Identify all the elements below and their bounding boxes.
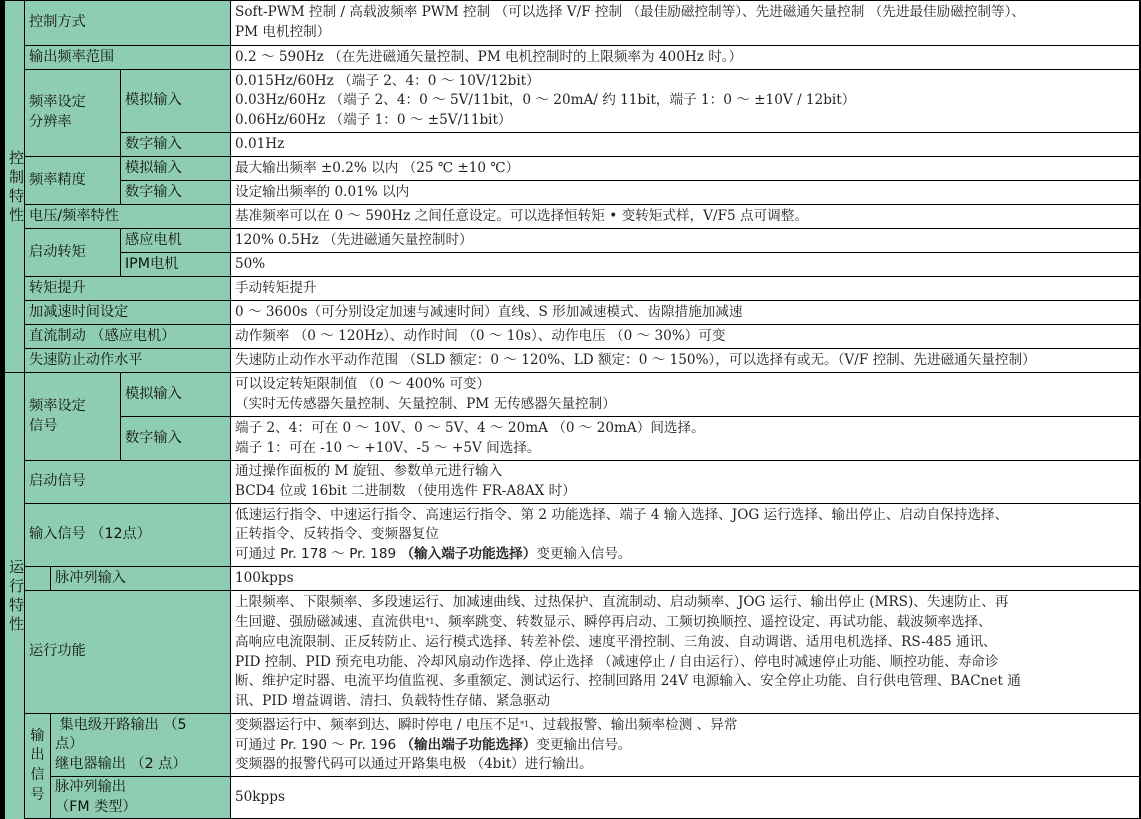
value-starting-torque-ipm: 50% — [231, 253, 1140, 277]
group-label-output: 输出信号 — [30, 727, 45, 805]
label-input-signal: 输入信号 （12点） — [25, 504, 231, 567]
value-freq-accuracy-digital: 设定输出频率的 0.01% 以内 — [231, 181, 1140, 205]
spec-sheet: 控制特性 控制方式 Soft-PWM 控制 / 高载波频率 PWM 控制 （可以… — [0, 0, 1141, 819]
sublabel-digital-input: 数字输入 — [121, 417, 231, 461]
value-freq-resolution-digital: 0.01Hz — [231, 133, 1140, 157]
sublabel-digital-input: 数字输入 — [121, 181, 231, 205]
table-row-control-method: 控制特性 控制方式 Soft-PWM 控制 / 高载波频率 PWM 控制 （可以… — [5, 1, 1140, 46]
label-pulse-train-input: 脉冲列输入 — [51, 567, 231, 591]
value-pulse-train-input: 100kpps — [231, 567, 1140, 591]
label-freq-accuracy: 频率精度 — [25, 157, 121, 205]
spec-table: 控制特性 控制方式 Soft-PWM 控制 / 高载波频率 PWM 控制 （可以… — [4, 0, 1140, 819]
label-vf-characteristic: 电压/频率特性 — [25, 205, 231, 229]
label-accel-decel-time: 加减速时间设定 — [25, 301, 231, 325]
label-dc-braking: 直流制动 （感应电机） — [25, 325, 231, 349]
value-control-method: Soft-PWM 控制 / 高载波频率 PWM 控制 （可以选择 V/F 控制 … — [231, 1, 1140, 46]
label-stall-prevention: 失速防止动作水平 — [25, 349, 231, 373]
table-row-freq-signal-digital: 数字输入 端子 2、4：可在 0 ～ 10V、0 ～ 5V、4 ～ 20mA （… — [5, 417, 1140, 461]
value-starting-torque-induction: 120% 0.5Hz （先进磁通矢量控制时） — [231, 229, 1140, 253]
value-output-freq-range: 0.2 ～ 590Hz （在先进磁通矢量控制、PM 电机控制时的上限频率为 40… — [231, 46, 1140, 70]
group-control-characteristics: 控制特性 — [5, 1, 25, 373]
label-freq-setting-signal: 频率设定 信号 — [25, 373, 121, 461]
table-row-dc-braking: 直流制动 （感应电机） 动作频率 （0 ～ 120Hz）、动作时间 （0 ～ 1… — [5, 325, 1140, 349]
value-dc-braking: 动作频率 （0 ～ 120Hz）、动作时间 （0 ～ 10s）、动作电压 （0 … — [231, 325, 1140, 349]
label-operation-functions: 运行功能 — [25, 591, 231, 714]
label-control-method: 控制方式 — [25, 1, 231, 46]
table-row-starting-torque-ipm: IPM电机 50% — [5, 253, 1140, 277]
table-row-freq-resolution-digital: 数字输入 0.01Hz — [5, 133, 1140, 157]
table-row-starting-torque-induction: 启动转矩 感应电机 120% 0.5Hz （先进磁通矢量控制时） — [5, 229, 1140, 253]
value-freq-signal-digital: 端子 2、4：可在 0 ～ 10V、0 ～ 5V、4 ～ 20mA （0 ～ 2… — [231, 417, 1140, 461]
table-row-accel-decel: 加减速时间设定 0 ～ 3600s（可分别设定加速与减速时间）直线、S 形加减速… — [5, 301, 1140, 325]
table-row-operation-functions: 运行功能 上限频率、下限频率、多段速运行、加减速曲线、过热保护、直流制动、启动频… — [5, 591, 1140, 714]
table-row-input-signal: 输入信号 （12点） 低速运行指令、中速运行指令、高速运行指令、第 2 功能选择… — [5, 504, 1140, 567]
table-row-pulse-train-output: 脉冲列输出 （FM 类型） 50kpps — [5, 777, 1140, 819]
value-vf-characteristic: 基准频率可以在 0 ～ 590Hz 之间任意设定。可以选择恒转矩 • 变转矩式样… — [231, 205, 1140, 229]
table-row-stall-prevention: 失速防止动作水平 失速防止动作水平动作范围 （SLD 额定：0 ～ 120%、L… — [5, 349, 1140, 373]
sublabel-ipm-motor: IPM电机 — [121, 253, 231, 277]
table-row-output-freq-range: 输出频率范围 0.2 ～ 590Hz （在先进磁通矢量控制、PM 电机控制时的上… — [5, 46, 1140, 70]
label-open-collector-output: 集电级开路输出 （5 点） 继电器输出 （2 点） — [51, 714, 231, 777]
value-stall-prevention: 失速防止动作水平动作范围 （SLD 额定：0 ～ 120%、LD 额定：0 ～ … — [231, 349, 1140, 373]
group-output-signal: 输出信号 — [25, 714, 51, 819]
sublabel-analog-input: 模拟输入 — [121, 157, 231, 181]
label-start-signal: 启动信号 — [25, 461, 231, 504]
value-torque-boost: 手动转矩提升 — [231, 277, 1140, 301]
label-output-freq-range: 输出频率范围 — [25, 46, 231, 70]
value-accel-decel-time: 0 ～ 3600s（可分别设定加速与减速时间）直线、S 形加减速模式、齿隙措施加… — [231, 301, 1140, 325]
group-label-operation: 运行特性 — [9, 558, 24, 634]
table-row-open-collector-output: 输出信号 集电级开路输出 （5 点） 继电器输出 （2 点） 变频器运行中、频率… — [5, 714, 1140, 777]
sublabel-analog-input: 模拟输入 — [121, 373, 231, 417]
label-starting-torque: 启动转矩 — [25, 229, 121, 277]
table-row-pulse-train-input: 脉冲列输入 100kpps — [5, 567, 1140, 591]
value-input-signal: 低速运行指令、中速运行指令、高速运行指令、第 2 功能选择、端子 4 输入选择、… — [231, 504, 1140, 567]
value-freq-accuracy-analog: 最大输出频率 ±0.2% 以内 （25 ℃ ±10 ℃） — [231, 157, 1140, 181]
value-operation-functions: 上限频率、下限频率、多段速运行、加减速曲线、过热保护、直流制动、启动频率、JOG… — [231, 591, 1140, 714]
table-row-freq-accuracy-analog: 频率精度 模拟输入 最大输出频率 ±0.2% 以内 （25 ℃ ±10 ℃） — [5, 157, 1140, 181]
value-pulse-train-output: 50kpps — [231, 777, 1140, 819]
value-open-collector-output: 变频器运行中、频率到达、瞬时停电 / 电压不足*1、过载报警、输出频率检测 、异… — [231, 714, 1140, 777]
label-freq-setting-resolution: 频率设定 分辨率 — [25, 70, 121, 157]
value-freq-resolution-analog: 0.015Hz/60Hz （端子 2、4：0 ～ 10V/12bit） 0.03… — [231, 70, 1140, 133]
group-label-control: 控制特性 — [9, 149, 24, 225]
footnote-marker: *1 — [520, 720, 529, 729]
table-row-freq-accuracy-digital: 数字输入 设定输出频率的 0.01% 以内 — [5, 181, 1140, 205]
value-start-signal: 通过操作面板的 M 旋钮、参数单元进行输入 BCD4 位或 16bit 二进制数… — [231, 461, 1140, 504]
table-row-vf-characteristic: 电压/频率特性 基准频率可以在 0 ～ 590Hz 之间任意设定。可以选择恒转矩… — [5, 205, 1140, 229]
table-row-freq-resolution-analog: 频率设定 分辨率 模拟输入 0.015Hz/60Hz （端子 2、4：0 ～ 1… — [5, 70, 1140, 133]
sublabel-analog-input: 模拟输入 — [121, 70, 231, 133]
value-freq-signal-analog: 可以设定转矩限制值 （0 ～ 400% 可变） （实时无传感器矢量控制、矢量控制… — [231, 373, 1140, 417]
table-row-start-signal: 启动信号 通过操作面板的 M 旋钮、参数单元进行输入 BCD4 位或 16bit… — [5, 461, 1140, 504]
sublabel-induction-motor: 感应电机 — [121, 229, 231, 253]
table-row-freq-signal-analog: 运行特性 频率设定 信号 模拟输入 可以设定转矩限制值 （0 ～ 400% 可变… — [5, 373, 1140, 417]
label-torque-boost: 转矩提升 — [25, 277, 231, 301]
table-row-torque-boost: 转矩提升 手动转矩提升 — [5, 277, 1140, 301]
sublabel-digital-input: 数字输入 — [121, 133, 231, 157]
group-operation-characteristics: 运行特性 — [5, 373, 25, 819]
label-pulse-train-output: 脉冲列输出 （FM 类型） — [51, 777, 231, 819]
